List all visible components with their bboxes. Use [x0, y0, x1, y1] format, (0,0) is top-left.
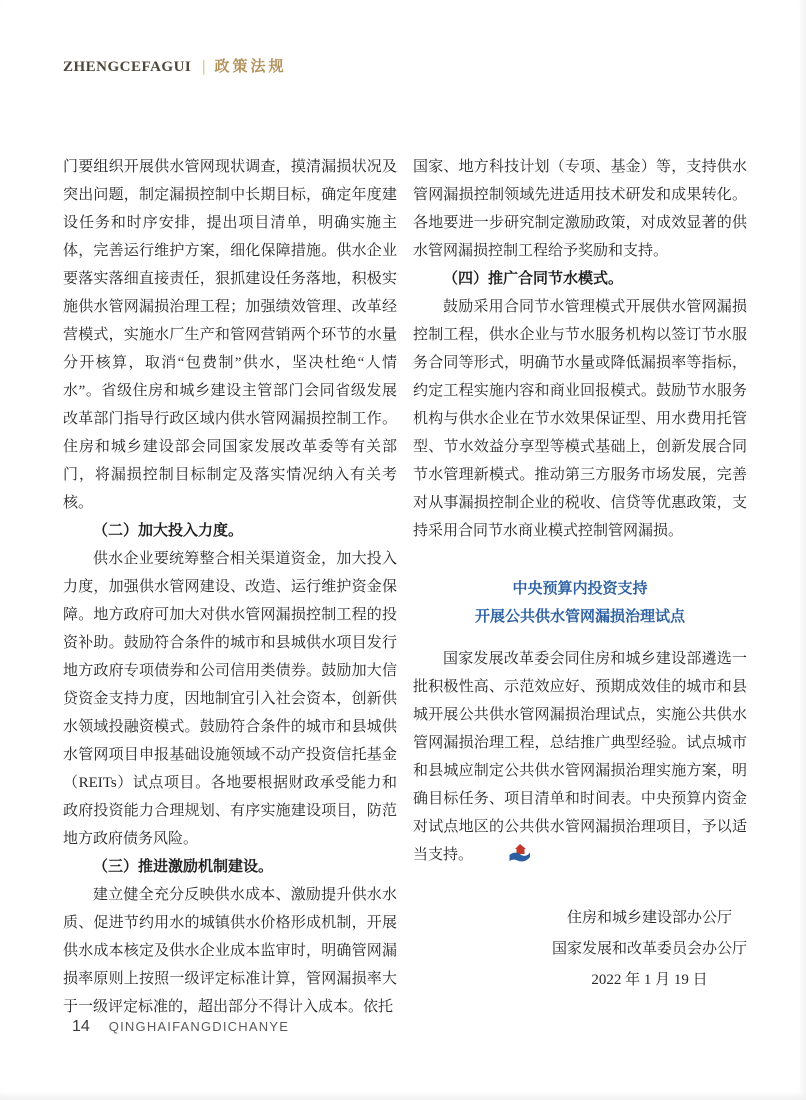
section-heading-3: （三）推进激励机制建设。	[63, 853, 397, 881]
page-footer: 14 QINGHAIFANGDICHANYE	[72, 1018, 289, 1036]
paragraph-contract-water-saving: 鼓励采用合同节水管理模式开展供水管网漏损控制工程，供水企业与节水服务机构以签订节…	[413, 293, 747, 545]
blue-heading-line2: 开展公共供水管网漏损治理试点	[413, 603, 747, 631]
signature-date: 2022 年 1 月 19 日	[591, 965, 707, 996]
section-heading-2: （二）加大投入力度。	[63, 517, 397, 545]
header-divider: |	[202, 58, 205, 76]
paragraph-continuation-right: 国家、地方科技计划（专项、基金）等，支持供水管网漏损控制领域先进适用技术研发和成…	[413, 153, 747, 265]
journal-name: QINGHAIFANGDICHANYE	[109, 1019, 289, 1034]
document-page: ZHENGCEFAGUI | 政策法规 门要组织开展供水管网现状调查，摸清漏损状…	[0, 0, 806, 1100]
signature-org-1: 住房和城乡建设部办公厅	[567, 903, 732, 934]
two-column-body: 门要组织开展供水管网现状调查，摸清漏损状况及突出问题，制定漏损控制中长期目标，确…	[63, 153, 747, 1021]
page-header: ZHENGCEFAGUI | 政策法规	[63, 55, 286, 76]
section-title-cn: 政策法规	[214, 55, 286, 76]
paragraph-incentive: 建立健全充分反映供水成本、激励提升供水水质、促进节约用水的城镇供水价格形成机制，…	[63, 881, 397, 1021]
section-title-latin: ZHENGCEFAGUI	[63, 59, 191, 76]
left-column: 门要组织开展供水管网现状调查，摸清漏损状况及突出问题，制定漏损控制中长期目标，确…	[63, 153, 397, 1021]
paragraph-investment: 供水企业要统筹整合相关渠道资金，加大投入力度，加强供水管网建设、改造、运行维护资…	[63, 545, 397, 853]
signature-org-2: 国家发展和改革委员会办公厅	[552, 934, 747, 965]
section-heading-4: （四）推广合同节水模式。	[413, 265, 747, 293]
end-of-article-icon	[478, 843, 501, 863]
blue-heading-line1: 中央预算内投资支持	[413, 575, 747, 603]
blue-subheading-block: 中央预算内投资支持 开展公共供水管网漏损治理试点	[413, 575, 747, 631]
paragraph-continuation: 门要组织开展供水管网现状调查，摸清漏损状况及突出问题，制定漏损控制中长期目标，确…	[63, 153, 397, 517]
right-column: 国家、地方科技计划（专项、基金）等，支持供水管网漏损控制领域先进适用技术研发和成…	[413, 153, 747, 1021]
paragraph-pilot-cities: 国家发展改革委会同住房和城乡建设部遴选一批积极性高、示范效应好、预期成效佳的城市…	[413, 645, 747, 869]
signature-block: 住房和城乡建设部办公厅 国家发展和改革委员会办公厅 2022 年 1 月 19 …	[552, 903, 747, 996]
page-number: 14	[72, 1018, 90, 1036]
